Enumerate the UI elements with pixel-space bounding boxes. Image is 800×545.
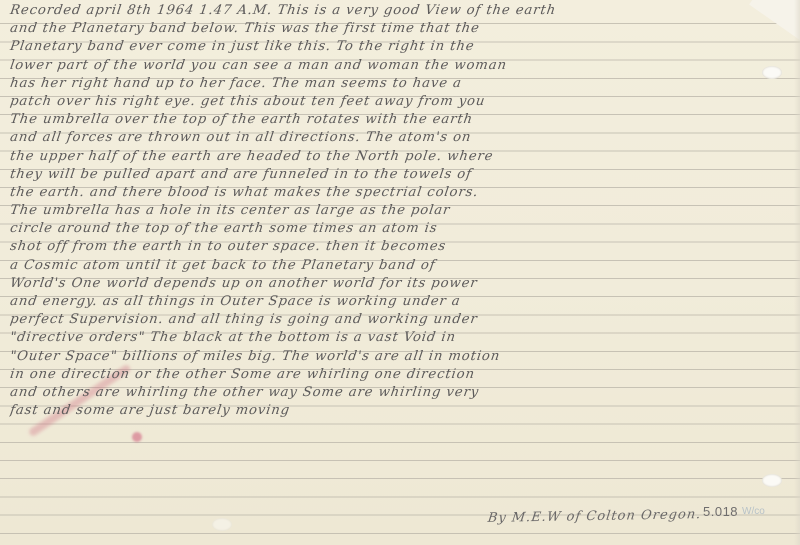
text-line: World's One world depends up on another …	[9, 275, 800, 293]
red-ink-stain-dot	[132, 432, 142, 442]
text-line: and others are whirling the other way So…	[9, 384, 800, 402]
text-line: shot off from the earth in to outer spac…	[9, 238, 800, 256]
text-line: Recorded april 8th 1964 1.47 A.M. This i…	[9, 2, 800, 20]
punch-hole-bottom	[212, 518, 232, 531]
handwritten-body: Recorded april 8th 1964 1.47 A.M. This i…	[10, 2, 800, 420]
text-line: they will be pulled apart and are funnel…	[9, 166, 800, 184]
text-line: Planetary band ever come in just like th…	[9, 38, 800, 56]
catalog-number: 5.018	[703, 504, 738, 519]
document-page: Recorded april 8th 1964 1.47 A.M. This i…	[0, 0, 800, 545]
text-line: circle around the top of the earth some …	[9, 220, 800, 238]
text-line: "Outer Space" billions of miles big. The…	[9, 348, 800, 366]
text-line: and the Planetary band below. This was t…	[9, 20, 800, 38]
text-line: in one direction or the other Some are w…	[9, 366, 800, 384]
catalog-faint-mark: W/co	[742, 506, 765, 517]
text-line: and all forces are thrown out in all dir…	[9, 129, 800, 147]
text-line: perfect Supervision. and all thing is go…	[9, 311, 800, 329]
text-line: patch over his right eye. get this about…	[9, 93, 800, 111]
text-line: the earth. and there blood is what makes…	[9, 184, 800, 202]
text-line: fast and some are just barely moving	[9, 402, 800, 420]
text-line: lower part of the world you can see a ma…	[9, 57, 800, 75]
text-line: and energy. as all things in Outer Space…	[9, 293, 800, 311]
text-line: "directive orders" The black at the bott…	[9, 329, 800, 347]
text-line: a Cosmic atom until it get back to the P…	[9, 257, 800, 275]
text-line: the upper half of the earth are headed t…	[9, 148, 800, 166]
text-line: The umbrella over the top of the earth r…	[9, 111, 800, 129]
text-line: The umbrella has a hole in its center as…	[9, 202, 800, 220]
text-line: has her right hand up to her face. The m…	[9, 75, 800, 93]
punch-hole-bottom-right	[762, 474, 782, 487]
